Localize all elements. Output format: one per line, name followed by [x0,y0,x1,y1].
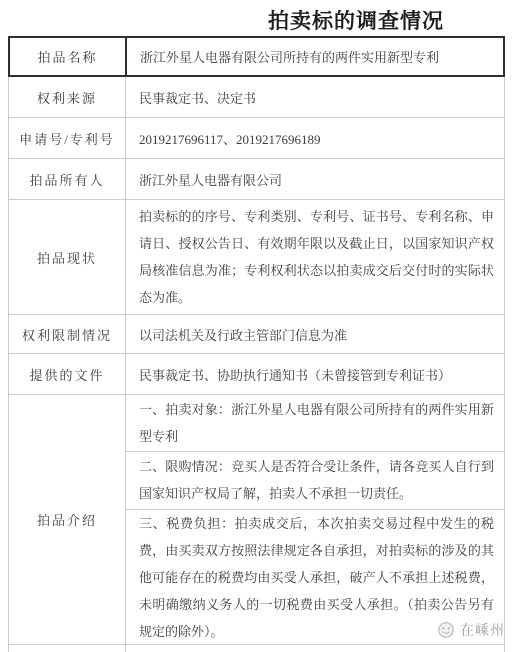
watermark-text: 在嵊州 [460,620,505,640]
table-row-item-owner: 拍品所有人 浙江外星人电器有限公司 [8,159,505,200]
row-label: 权利限制情况 [9,315,126,353]
row-label: 拍品现状 [9,200,126,314]
row-label: 申请号/专利号 [9,118,126,158]
table-edge-stub-right [504,645,505,652]
table-row-provided-documents: 提供的文件 民事裁定书、协助执行通知书（未曾接管到专利证书） [8,354,505,395]
investigation-table: 拍品名称 浙江外星人电器有限公司所持有的两件实用新型专利 权利来源 民事裁定书、… [8,36,505,645]
row-value: 以司法机关及行政主管部门信息为准 [126,315,504,353]
document-page: 拍卖标的调查情况 拍品名称 浙江外星人电器有限公司所持有的两件实用新型专利 权利… [0,0,513,652]
table-row-application-number: 申请号/专利号 2019217696117、2019217696189 [8,118,505,159]
table-row-item-introduction: 拍品介绍 一、拍卖对象：浙江外星人电器有限公司所持有的两件实用新型专利 二、限购… [8,395,505,645]
watermark: 在嵊州 [437,620,505,640]
row-label: 提供的文件 [9,354,126,394]
row-value: 浙江外星人电器有限公司所持有的两件实用新型专利 [127,38,503,75]
table-edge-stub-left [8,645,9,652]
row-label: 拍品名称 [10,38,127,75]
row-label: 权利来源 [9,77,126,117]
row-value: 拍卖标的的序号、专利类别、专利号、证书号、专利名称、申请日、授权公告日、有效期年… [126,200,504,314]
table-row-item-name: 拍品名称 浙江外星人电器有限公司所持有的两件实用新型专利 [8,36,505,77]
row-label: 拍品介绍 [9,395,126,644]
row-value-group: 一、拍卖对象：浙江外星人电器有限公司所持有的两件实用新型专利 二、限购情况：竞买… [126,395,504,644]
row-value: 民事裁定书、决定书 [126,77,504,117]
page-title: 拍卖标的调查情况 [268,5,444,35]
table-row-rights-source: 权利来源 民事裁定书、决定书 [8,77,505,118]
table-edge-stub-divider [125,645,126,652]
row-value: 2019217696117、2019217696189 [126,118,504,158]
table-row-rights-restriction: 权利限制情况 以司法机关及行政主管部门信息为准 [8,315,505,354]
row-value: 浙江外星人电器有限公司 [126,159,504,199]
intro-paragraph-purchase-restriction: 二、限购情况：竞买人是否符合受让条件，请各竞买人自行到国家知识产权局了解，拍卖人… [126,452,504,510]
row-label: 拍品所有人 [9,159,126,199]
table-row-item-status: 拍品现状 拍卖标的的序号、专利类别、专利号、证书号、专利名称、申请日、授权公告日… [8,200,505,315]
row-value: 民事裁定书、协助执行通知书（未曾接管到专利证书） [126,354,504,394]
intro-paragraph-auction-object: 一、拍卖对象：浙江外星人电器有限公司所持有的两件实用新型专利 [126,395,504,452]
watermark-logo-icon [437,621,455,639]
